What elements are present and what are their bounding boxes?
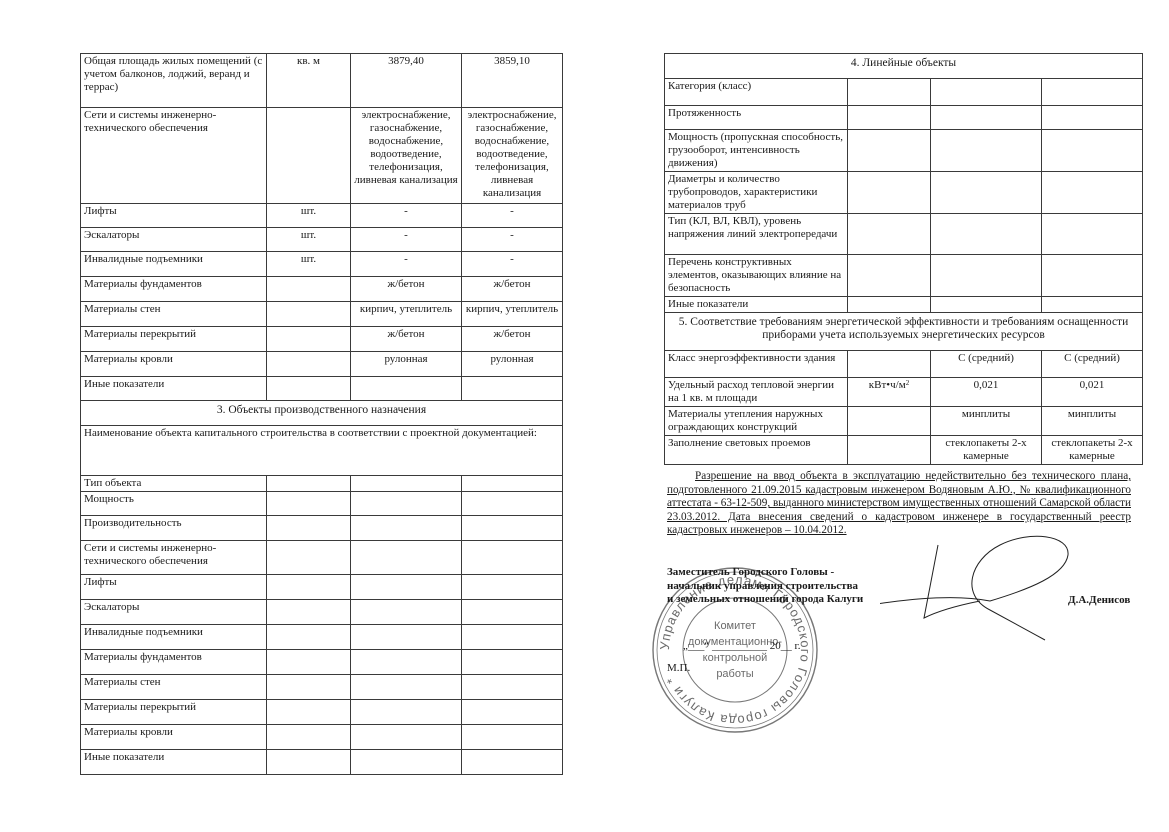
row-label: Удельный расход тепловой энергии на 1 кв…	[665, 378, 848, 407]
stamp-center-line: контрольной	[703, 652, 768, 664]
actual-value-cell: 3859,10	[462, 54, 563, 108]
table-row: Материалы перекрытий	[81, 700, 563, 725]
project-value-cell	[351, 541, 462, 575]
unit-cell	[848, 172, 931, 214]
project-value-cell	[931, 172, 1042, 214]
note-text: Разрешение на ввод объекта в эксплуатаци…	[667, 470, 1131, 536]
unit-cell	[848, 297, 931, 313]
row-label: Инвалидные подъемники	[81, 252, 267, 277]
project-value-cell: С (средний)	[931, 351, 1042, 378]
actual-value-cell: -	[462, 252, 563, 277]
project-value-cell: минплиты	[931, 407, 1042, 436]
row-label: Иные показатели	[665, 297, 848, 313]
row-label: Мощность (пропускная способность, грузоо…	[665, 130, 848, 172]
table-row: Материалы утепления наружных ограждающих…	[665, 407, 1143, 436]
actual-value-cell: ж/бетон	[462, 277, 563, 302]
row-label: Сети и системы инженерно-технического об…	[81, 541, 267, 575]
unit-cell	[267, 650, 351, 675]
section-header-row: 3. Объекты производственного назначения	[81, 401, 563, 426]
table-row: Инвалидные подъемники	[81, 625, 563, 650]
project-value-cell: ж/бетон	[351, 327, 462, 352]
stamp-center-line: Комитет	[714, 620, 756, 632]
actual-value-cell: кирпич, утеплитель	[462, 302, 563, 327]
row-label: Материалы стен	[81, 675, 267, 700]
table-row: Инвалидные подъемникишт.--	[81, 252, 563, 277]
project-value-cell	[351, 492, 462, 516]
right-page-table: 4. Линейные объектыКатегория (класс)Прот…	[664, 53, 1143, 465]
actual-value-cell	[1042, 172, 1143, 214]
unit-cell	[267, 700, 351, 725]
row-label: Мощность	[81, 492, 267, 516]
project-value-cell	[931, 106, 1042, 130]
project-value-cell	[351, 600, 462, 625]
table-row: Мощность	[81, 492, 563, 516]
project-value-cell	[351, 650, 462, 675]
row-label: Общая площадь жилых помещений (с учетом …	[81, 54, 267, 108]
project-value-cell: электроснабжение, газоснабжение, водосна…	[351, 108, 462, 204]
project-value-cell	[351, 575, 462, 600]
unit-text: кВт•ч/м	[869, 379, 906, 391]
table-row: Тип объекта	[81, 476, 563, 492]
unit-cell	[267, 675, 351, 700]
row-label: Материалы утепления наружных ограждающих…	[665, 407, 848, 436]
project-value-cell	[351, 625, 462, 650]
actual-value-cell: минплиты	[1042, 407, 1143, 436]
table-row: Тип (КЛ, ВЛ, КВЛ), уровень напряжения ли…	[665, 214, 1143, 255]
actual-value-cell	[462, 675, 563, 700]
table-row: Заполнение световых проемовстеклопакеты …	[665, 436, 1143, 465]
actual-value-cell	[462, 575, 563, 600]
table-row: Сети и системы инженерно-технического об…	[81, 541, 563, 575]
actual-value-cell	[462, 541, 563, 575]
actual-value-cell	[1042, 106, 1143, 130]
project-value-cell: стеклопакеты 2-х камерные	[931, 436, 1042, 465]
actual-value-cell	[462, 516, 563, 541]
table-row: Материалы фундаментовж/бетонж/бетон	[81, 277, 563, 302]
row-label: Материалы фундаментов	[81, 650, 267, 675]
actual-value-cell: рулонная	[462, 352, 563, 377]
table-row: Иные показатели	[81, 377, 563, 401]
actual-value-cell: стеклопакеты 2-х камерные	[1042, 436, 1143, 465]
unit-cell	[267, 377, 351, 401]
table-row: Производительность	[81, 516, 563, 541]
project-value-cell	[931, 297, 1042, 313]
project-value-cell	[351, 750, 462, 775]
unit-cell	[848, 255, 931, 297]
actual-value-cell: 0,021	[1042, 378, 1143, 407]
table-row: Диаметры и количество трубопроводов, хар…	[665, 172, 1143, 214]
unit-cell	[267, 541, 351, 575]
seal-place-label: М.П.	[667, 662, 690, 674]
date-placeholder: „___“ __________ 20__ г.	[683, 640, 801, 652]
project-value-cell: -	[351, 228, 462, 252]
section4-title: 4. Линейные объекты	[665, 54, 1143, 79]
signatory-title-line: Заместитель Городского Головы -	[667, 566, 863, 580]
row-label: Эскалаторы	[81, 228, 267, 252]
unit-cell	[267, 327, 351, 352]
row-label: Категория (класс)	[665, 79, 848, 106]
row-label: Перечень конструктивных элементов, оказы…	[665, 255, 848, 297]
unit-cell	[848, 407, 931, 436]
table-row: Иные показатели	[81, 750, 563, 775]
row-label: Материалы кровли	[81, 725, 267, 750]
table-row: Мощность (пропускная способность, грузоо…	[665, 130, 1143, 172]
unit-cell	[848, 106, 931, 130]
row-label: Иные показатели	[81, 377, 267, 401]
actual-value-cell	[1042, 297, 1143, 313]
actual-value-cell	[462, 600, 563, 625]
section-header-row: 4. Линейные объекты	[665, 54, 1143, 79]
row-label: Материалы кровли	[81, 352, 267, 377]
table-row: Перечень конструктивных элементов, оказы…	[665, 255, 1143, 297]
unit-cell: шт.	[267, 252, 351, 277]
object-name-row: Наименование объекта капитального строит…	[81, 426, 563, 476]
row-label: Протяженность	[665, 106, 848, 130]
actual-value-cell	[462, 625, 563, 650]
row-label: Тип объекта	[81, 476, 267, 492]
actual-value-cell: ж/бетон	[462, 327, 563, 352]
handwritten-signature	[880, 535, 1080, 645]
table-row: Сети и системы инженерно-технического об…	[81, 108, 563, 204]
signatory-title: Заместитель Городского Головы - начальни…	[667, 566, 863, 607]
project-value-cell	[351, 725, 462, 750]
row-label: Материалы перекрытий	[81, 327, 267, 352]
unit-cell	[267, 277, 351, 302]
signatory-title-line: и земельных отношений города Калуги	[667, 593, 863, 607]
table-row: Категория (класс)	[665, 79, 1143, 106]
project-value-cell: кирпич, утеплитель	[351, 302, 462, 327]
project-value-cell	[931, 130, 1042, 172]
unit-superscript: 2	[906, 379, 910, 387]
row-label: Иные показатели	[81, 750, 267, 775]
object-name-label: Наименование объекта капитального строит…	[81, 426, 563, 476]
row-label: Тип (КЛ, ВЛ, КВЛ), уровень напряжения ли…	[665, 214, 848, 255]
project-value-cell	[351, 377, 462, 401]
unit-cell	[848, 436, 931, 465]
table-row: Материалы кровлирулоннаярулонная	[81, 352, 563, 377]
project-value-cell	[351, 516, 462, 541]
unit-cell: кв. м	[267, 54, 351, 108]
actual-value-cell	[1042, 130, 1143, 172]
unit-cell	[267, 516, 351, 541]
unit-cell: шт.	[267, 204, 351, 228]
actual-value-cell	[462, 650, 563, 675]
table-row: Класс энергоэффективности зданияС (средн…	[665, 351, 1143, 378]
project-value-cell: ж/бетон	[351, 277, 462, 302]
stamp-center-line: работы	[716, 668, 753, 680]
project-value-cell: -	[351, 252, 462, 277]
table-row: Материалы стен	[81, 675, 563, 700]
table-row: Иные показатели	[665, 297, 1143, 313]
project-value-cell: рулонная	[351, 352, 462, 377]
row-label: Эскалаторы	[81, 600, 267, 625]
actual-value-cell	[462, 725, 563, 750]
unit-cell	[267, 600, 351, 625]
actual-value-cell: электроснабжение, газоснабжение, водосна…	[462, 108, 563, 204]
actual-value-cell	[462, 377, 563, 401]
project-value-cell	[931, 79, 1042, 106]
unit-cell	[267, 725, 351, 750]
project-value-cell	[931, 255, 1042, 297]
actual-value-cell	[1042, 214, 1143, 255]
project-value-cell: 3879,40	[351, 54, 462, 108]
project-value-cell	[351, 700, 462, 725]
row-label: Сети и системы инженерно-технического об…	[81, 108, 267, 204]
section3-title: 3. Объекты производственного назначения	[81, 401, 563, 426]
unit-cell	[848, 130, 931, 172]
table-row: Материалы стенкирпич, утеплителькирпич, …	[81, 302, 563, 327]
row-label: Заполнение световых проемов	[665, 436, 848, 465]
row-label: Класс энергоэффективности здания	[665, 351, 848, 378]
row-label: Лифты	[81, 575, 267, 600]
actual-value-cell	[1042, 255, 1143, 297]
unit-cell	[848, 351, 931, 378]
unit-cell	[267, 492, 351, 516]
section5-title: 5. Соответствие требованиям энергетическ…	[665, 313, 1143, 351]
unit-cell	[267, 750, 351, 775]
actual-value-cell: -	[462, 204, 563, 228]
actual-value-cell: -	[462, 228, 563, 252]
table-row: Протяженность	[665, 106, 1143, 130]
table-row: Лифтышт.--	[81, 204, 563, 228]
project-value-cell	[351, 476, 462, 492]
table-row: Эскалаторы	[81, 600, 563, 625]
row-label: Лифты	[81, 204, 267, 228]
row-label: Материалы фундаментов	[81, 277, 267, 302]
project-value-cell	[351, 675, 462, 700]
table-row: Материалы кровли	[81, 725, 563, 750]
actual-value-cell: С (средний)	[1042, 351, 1143, 378]
unit-cell	[267, 352, 351, 377]
unit-cell	[267, 302, 351, 327]
section-header-row: 5. Соответствие требованиям энергетическ…	[665, 313, 1143, 351]
unit-cell	[267, 625, 351, 650]
table-row: Эскалаторышт.--	[81, 228, 563, 252]
unit-cell	[267, 575, 351, 600]
table-row: Материалы фундаментов	[81, 650, 563, 675]
left-page-table: Общая площадь жилых помещений (с учетом …	[80, 53, 563, 775]
row-label: Материалы стен	[81, 302, 267, 327]
actual-value-cell	[1042, 79, 1143, 106]
technical-plan-note: Разрешение на ввод объекта в эксплуатаци…	[667, 470, 1131, 538]
row-label: Материалы перекрытий	[81, 700, 267, 725]
table-row: Лифты	[81, 575, 563, 600]
actual-value-cell	[462, 700, 563, 725]
unit-cell: шт.	[267, 228, 351, 252]
signatory-name: Д.А.Денисов	[1068, 594, 1130, 606]
unit-cell	[848, 79, 931, 106]
project-value-cell: 0,021	[931, 378, 1042, 407]
table-row: Материалы перекрытийж/бетонж/бетон	[81, 327, 563, 352]
project-value-cell	[931, 214, 1042, 255]
row-label: Инвалидные подъемники	[81, 625, 267, 650]
actual-value-cell	[462, 750, 563, 775]
row-label: Производительность	[81, 516, 267, 541]
signatory-title-line: начальник управления строительства	[667, 580, 863, 594]
row-label: Диаметры и количество трубопроводов, хар…	[665, 172, 848, 214]
table-row: Общая площадь жилых помещений (с учетом …	[81, 54, 563, 108]
actual-value-cell	[462, 492, 563, 516]
unit-cell	[267, 108, 351, 204]
actual-value-cell	[462, 476, 563, 492]
project-value-cell: -	[351, 204, 462, 228]
unit-cell: кВт•ч/м2	[848, 378, 931, 407]
unit-cell	[848, 214, 931, 255]
unit-cell	[267, 476, 351, 492]
table-row: Удельный расход тепловой энергии на 1 кв…	[665, 378, 1143, 407]
